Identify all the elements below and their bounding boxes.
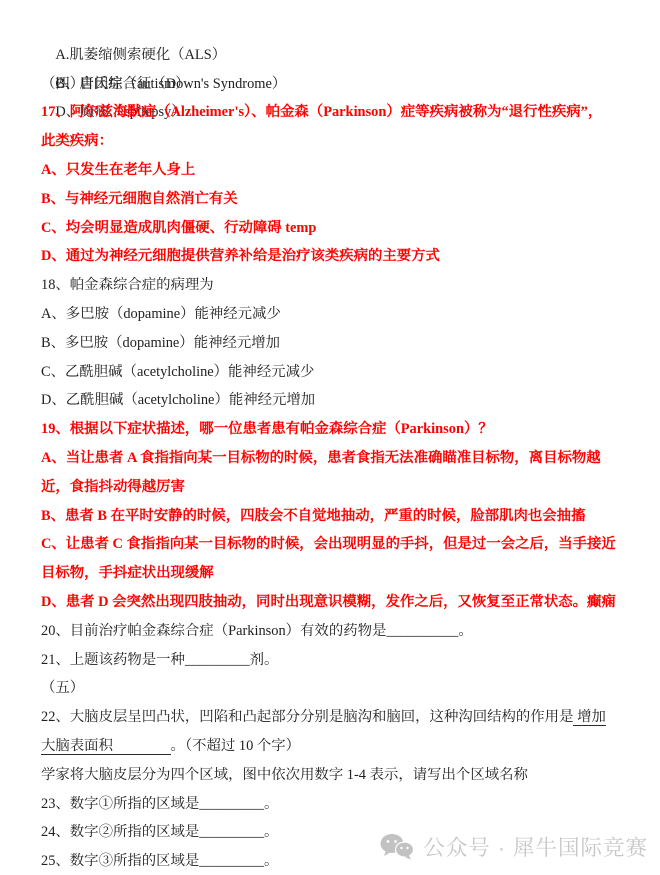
option-19-b: B、患者 B 在平时安静的时候，四肢会不自觉地抽动，严重的时候，脸部肌肉也会抽搐 xyxy=(41,502,630,531)
option-17-c: C、均会明显造成肌肉僵硬、行动障碍 temp xyxy=(41,214,630,243)
wechat-icon xyxy=(380,833,414,860)
watermark: 公众号 · 犀牛国际竞赛 xyxy=(380,831,648,862)
option-18-d: D、乙酰胆碱（acetylcholine）能神经元增加 xyxy=(41,386,630,415)
question-18: 18、帕金森综合症的病理为 xyxy=(41,271,630,300)
option-19-c-line-1: C、让患者 C 食指指向某一目标物的时候，会出现明显的手抖，但是过一会之后，当手… xyxy=(41,530,630,559)
option-19-c-line-2: 目标物，手抖症状出现缓解 xyxy=(41,559,630,588)
option-17-a: A、只发生在老年人身上 xyxy=(41,156,630,185)
option-row-16-ab: A.肌萎缩侧索硬化（ALS） B、自闭症（autism） xyxy=(41,12,630,41)
question-23-25-intro: 学家将大脑皮层分为四个区域，图中依次用数字 1-4 表示，请写出个区域名称 xyxy=(41,761,630,790)
question-19: 19、根据以下症状描述，哪一位患者患有帕金森综合症（Parkinson）？ xyxy=(41,415,630,444)
question-21: 21、上题该药物是一种_________剂。 xyxy=(41,646,630,675)
question-22-stem: 22、大脑皮层呈凹凸状，凹陷和凸起部分分别是脑沟和脑回，这种沟回结构的作用是 xyxy=(41,709,573,725)
option-19-a-line-2: 近，食指抖动得越厉害 xyxy=(41,473,630,502)
question-17-line-2: 此类疾病： xyxy=(41,127,630,156)
option-19-a-line-1: A、当让患者 A 食指指向某一目标物的时候，患者食指无法准确瞄准目标物，离目标物… xyxy=(41,444,630,473)
question-20: 20、目前治疗帕金森综合症（Parkinson）有效的药物是__________… xyxy=(41,617,630,646)
watermark-text: 公众号 · 犀牛国际竞赛 xyxy=(423,831,648,862)
question-22-line-1: 22、大脑皮层呈凹凸状，凹陷和凸起部分分别是脑沟和脑回，这种沟回结构的作用是 增… xyxy=(41,703,630,732)
option-17-b: B、与神经元细胞自然消亡有关 xyxy=(41,185,630,214)
question-22-answer-part-2: 大脑表面积 xyxy=(41,738,171,755)
option-18-a: A、多巴胺（dopamine）能神经元减少 xyxy=(41,300,630,329)
option-18-b: B、多巴胺（dopamine）能神经元增加 xyxy=(41,329,630,358)
question-22-suffix: 。（不超过 10 个字） xyxy=(171,738,301,754)
option-16-c: C、唐氏综合征（Down's Syndrome） xyxy=(55,70,309,99)
option-16-a: A.肌萎缩侧索硬化（ALS） xyxy=(55,41,309,70)
question-17-line-1: 17、阿尔兹海默症（Alzheimer's）、帕金森（Parkinson）症等疾… xyxy=(41,98,630,127)
option-19-d: D、患者 D 会突然出现四肢抽动，同时出现意识模糊，发作之后，又恢复至正常状态。… xyxy=(41,588,630,617)
option-18-c: C、乙酰胆碱（acetylcholine）能神经元减少 xyxy=(41,358,630,387)
option-17-d: D、通过为神经元细胞提供营养补给是治疗该类疾病的主要方式 xyxy=(41,242,630,271)
exam-document-page: A.肌萎缩侧索硬化（ALS） B、自闭症（autism） C、唐氏综合征（Dow… xyxy=(0,0,660,875)
question-22-answer-part-1: 增加 xyxy=(573,709,605,726)
section-label-5: （五） xyxy=(41,674,630,703)
question-22-line-2: 大脑表面积 。（不超过 10 个字） xyxy=(41,732,630,761)
question-23: 23、数字①所指的区域是_________。 xyxy=(41,790,630,819)
